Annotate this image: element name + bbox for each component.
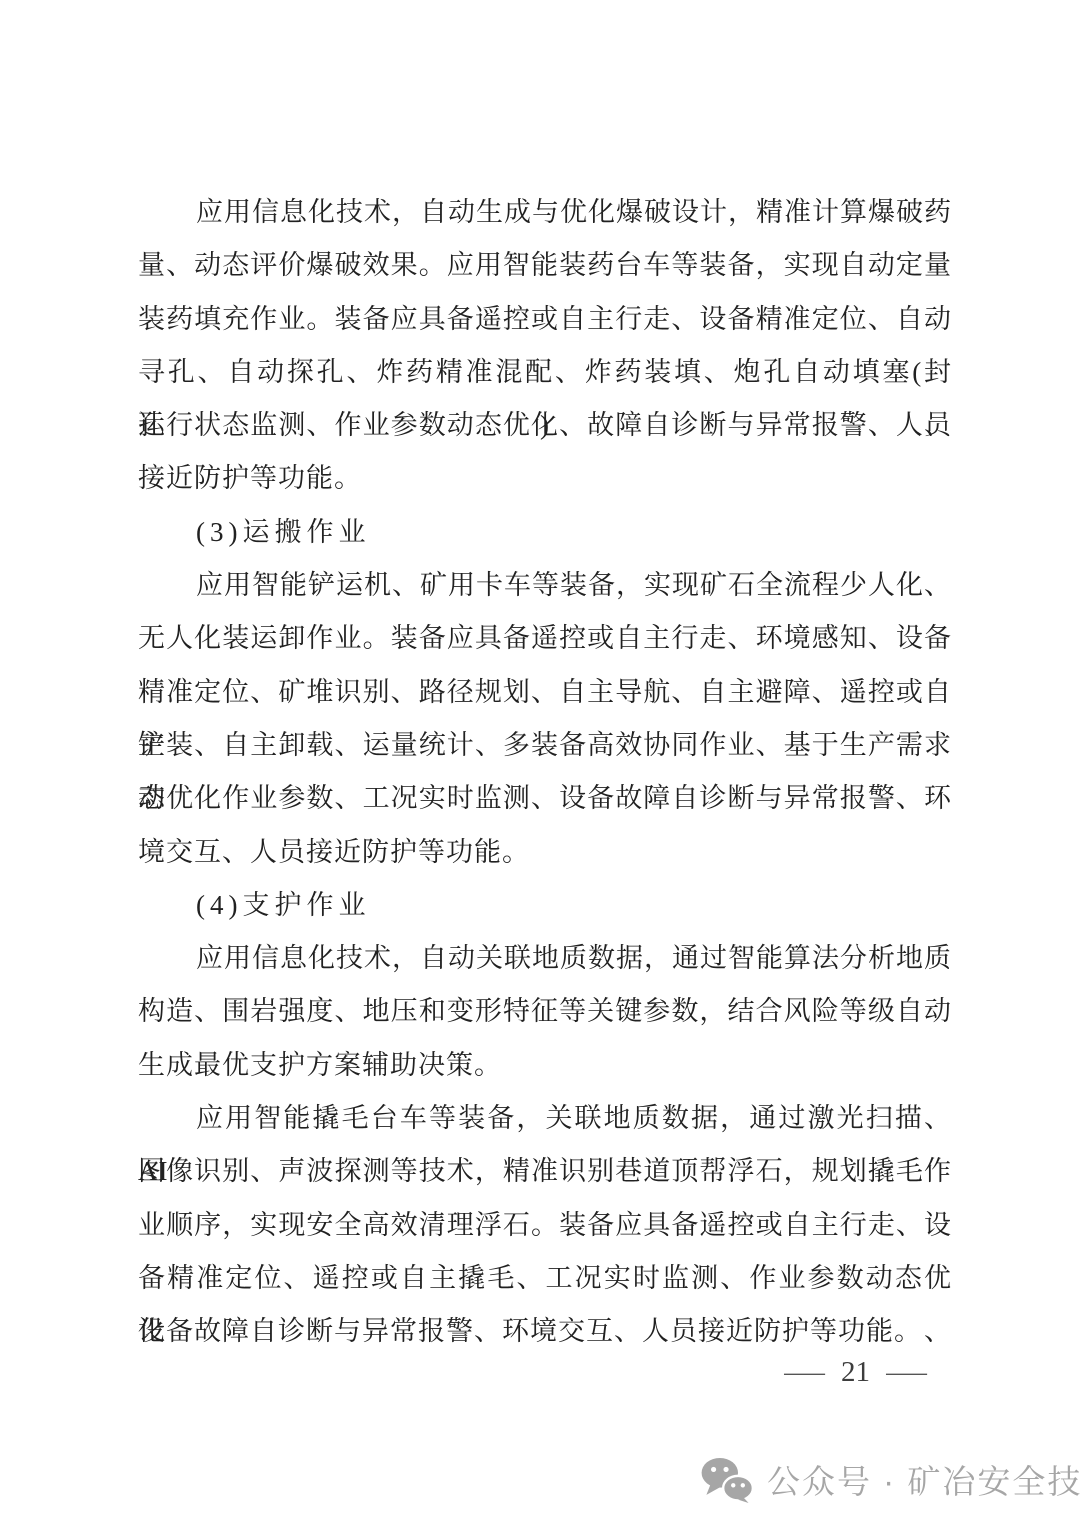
text-line: 业顺序，实现安全高效清理浮石。装备应具备遥控或自主行走、设 (138, 1199, 952, 1252)
text-line: 态优化作业参数、工况实时监测、设备故障自诊断与异常报警、环 (138, 772, 952, 825)
wechat-watermark: 公众号 · 矿冶安全技术 (700, 1456, 1080, 1503)
text-line: 应用智能铲运机、矿用卡车等装备，实现矿石全流程少人化、 (138, 559, 952, 612)
page-number-dash-left: — (784, 1356, 825, 1389)
text-line: 生成最优支护方案辅助决策。 (138, 1039, 952, 1092)
section-heading: (3)运搬作业 (138, 506, 952, 559)
text-line: 备精准定位、遥控或自主撬毛、工况实时监测、作业参数动态优化、 (138, 1252, 952, 1305)
text-line: 无人化装运卸作业。装备应具备遥控或自主行走、环境感知、设备 (138, 612, 952, 665)
text-line: 应用信息化技术，自动关联地质数据，通过智能算法分析地质 (138, 932, 952, 985)
text-line: 设备故障自诊断与异常报警、环境交互、人员接近防护等功能。 (138, 1305, 952, 1358)
text-lines: 应用信息化技术，自动生成与优化爆破设计，精准计算爆破药量、动态评价爆破效果。应用… (138, 186, 952, 1359)
wechat-icon (700, 1457, 754, 1503)
text-line: 运行状态监测、作业参数动态优化、故障自诊断与异常报警、人员 (138, 399, 952, 452)
text-line: 境交互、人员接近防护等功能。 (138, 826, 952, 879)
text-line: 铲装、自主卸载、运量统计、多装备高效协同作业、基于生产需求动 (138, 719, 952, 772)
section-heading: (4)支护作业 (138, 879, 952, 932)
text-line: 图像识别、声波探测等技术，精准识别巷道顶帮浮石，规划撬毛作 (138, 1145, 952, 1198)
text-line: 精准定位、矿堆识别、路径规划、自主导航、自主避障、遥控或自主 (138, 666, 952, 719)
text-line: 应用智能撬毛台车等装备，关联地质数据，通过激光扫描、AI (138, 1092, 952, 1145)
wechat-account-label: 公众号 · 矿冶安全技术 (767, 1456, 1080, 1503)
text-line: 应用信息化技术，自动生成与优化爆破设计，精准计算爆破药 (138, 186, 952, 239)
text-line: 构造、围岩强度、地压和变形特征等关键参数，结合风险等级自动 (138, 985, 952, 1038)
text-line: 接近防护等功能。 (138, 452, 952, 505)
text-line: 量、动态评价爆破效果。应用智能装药台车等装备，实现自动定量 (138, 239, 952, 292)
page-number-dash-right: — (886, 1356, 927, 1389)
text-line: 寻孔、自动探孔、炸药精准混配、炸药装填、炮孔自动填塞(封孔)、 (138, 346, 952, 399)
document-page: 应用信息化技术，自动生成与优化爆破设计，精准计算爆破药量、动态评价爆破效果。应用… (0, 0, 1080, 1527)
page-number: — 21 — (790, 1356, 921, 1389)
page-number-value: 21 (841, 1356, 870, 1389)
text-line: 装药填充作业。装备应具备遥控或自主行走、设备精准定位、自动 (138, 293, 952, 346)
